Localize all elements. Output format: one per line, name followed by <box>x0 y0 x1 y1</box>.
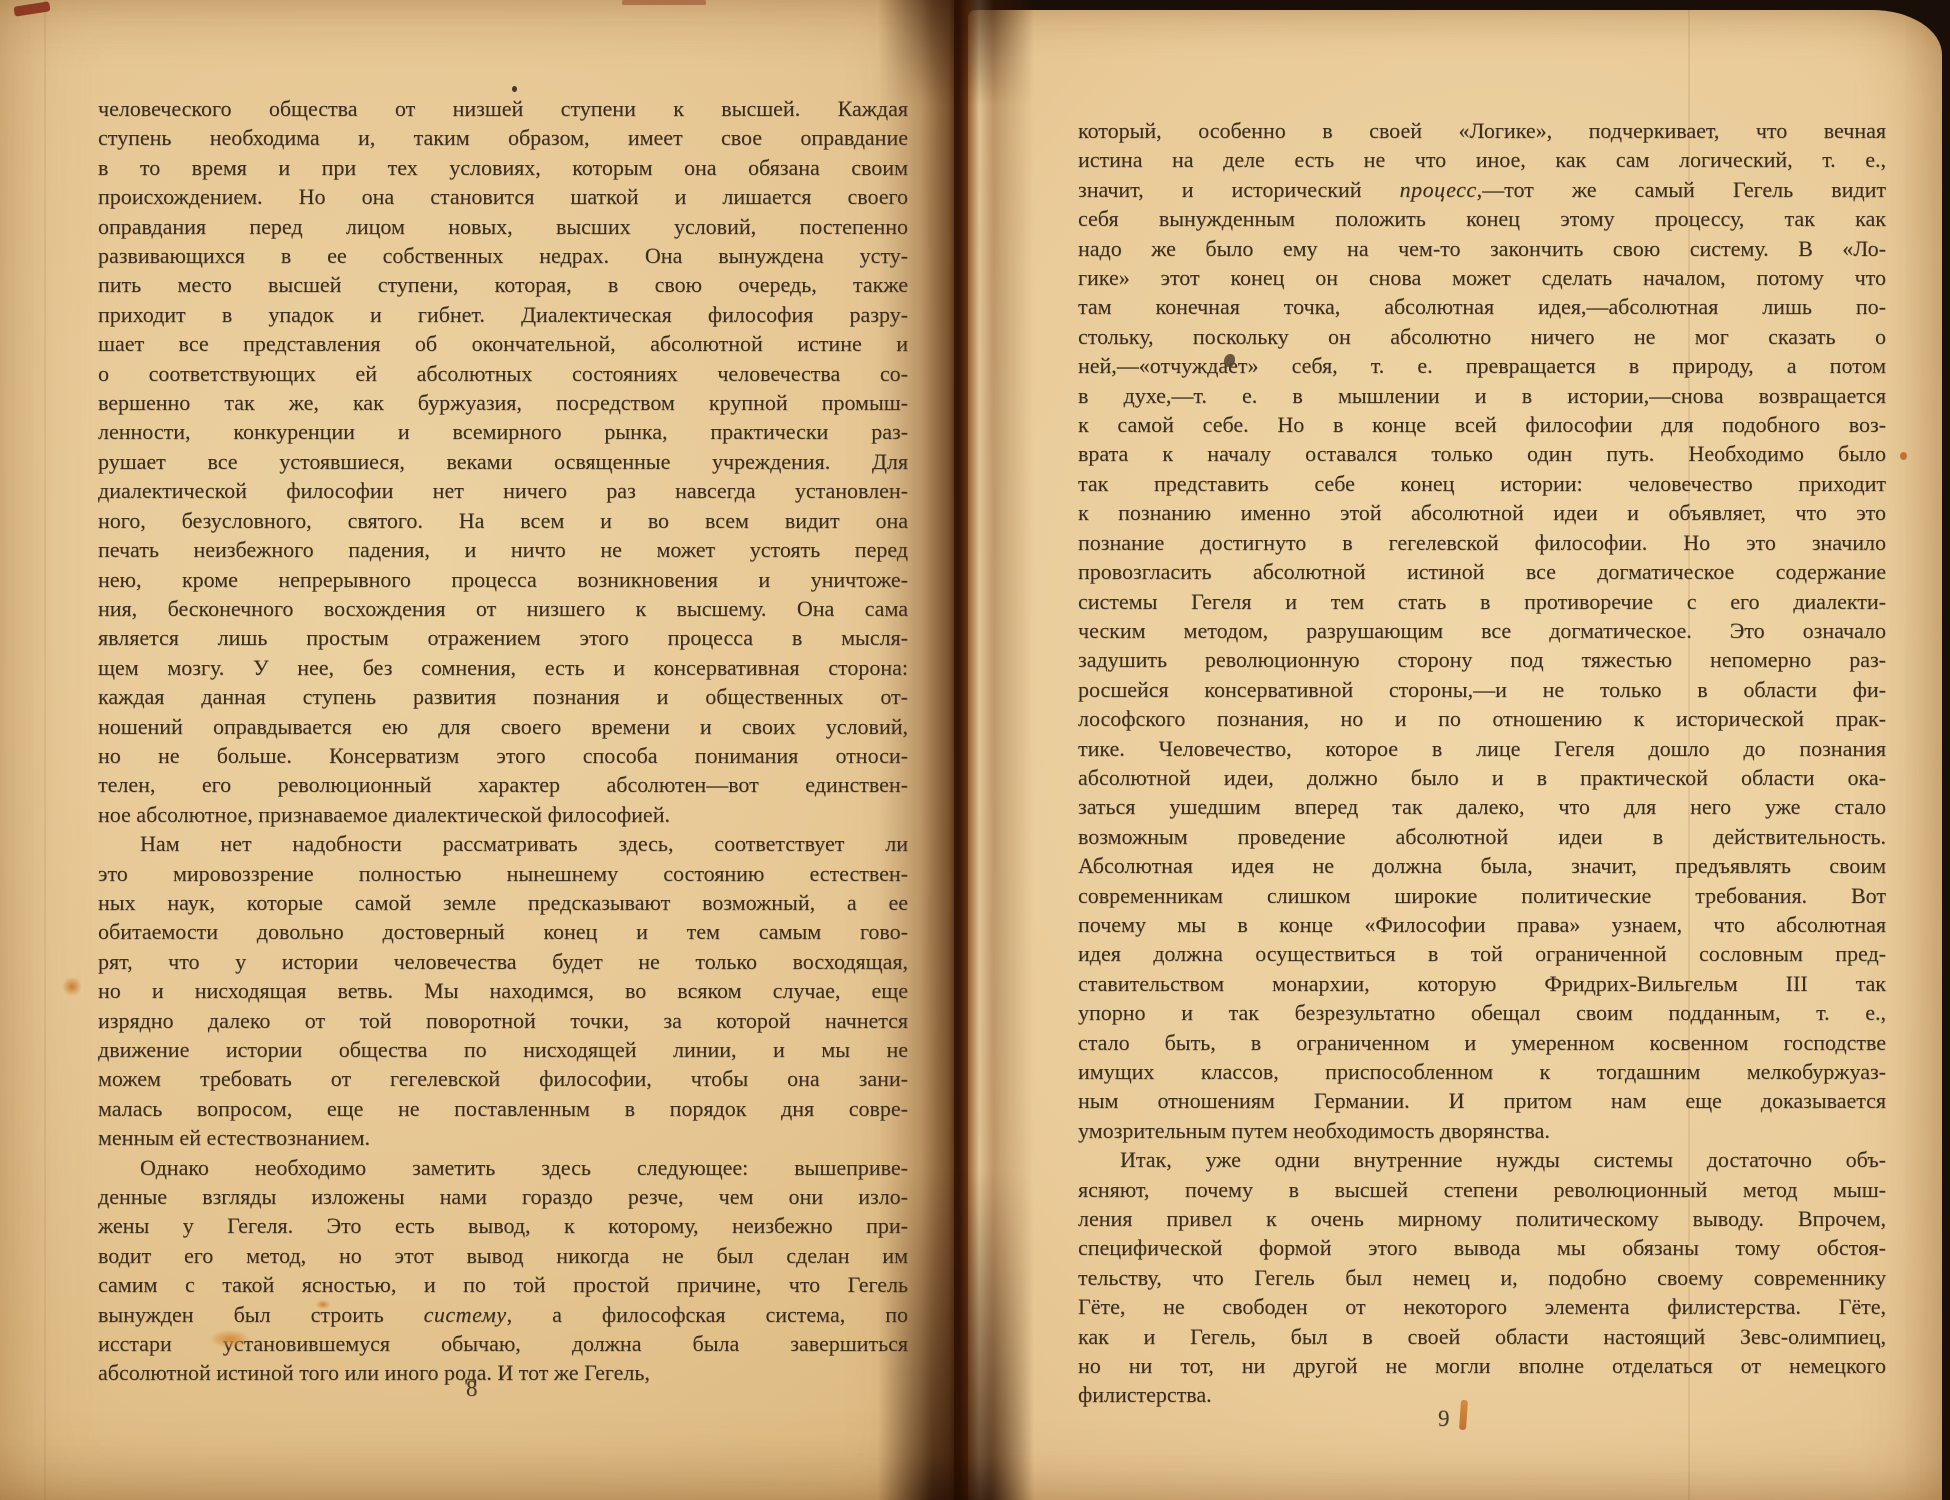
text-line: происхождением. Но она становится шаткой… <box>98 182 908 211</box>
text-line: умозрительным путем необходимость дворян… <box>1078 1116 1886 1145</box>
paragraph: Нам нет надобности рассматривать здесь, … <box>98 829 908 1152</box>
text-line: современникам слишком широкие политическ… <box>1078 881 1886 910</box>
text-line: это мировоззрение полностью нынешнему со… <box>98 859 908 888</box>
text-line: возможным проведение абсолютной идеи в д… <box>1078 822 1886 851</box>
left-page: человеческого общества от низшей ступени… <box>0 0 954 1500</box>
paragraph: человеческого общества от низшей ступени… <box>98 94 908 829</box>
text-line: филистерства. <box>1078 1380 1886 1409</box>
text-line: к самой себе. Но в конце всей философии … <box>1078 410 1886 439</box>
text-line: упорно и так безрезультатно обещал своим… <box>1078 998 1886 1027</box>
text-line: системы Гегеля и тем стать в противоречи… <box>1078 587 1886 616</box>
text-line: врата к началу оставался только один пут… <box>1078 439 1886 468</box>
text-line: стольку, поскольку он абсолютно ничего н… <box>1078 322 1886 351</box>
text-line: как и Гегель, был в своей области настоя… <box>1078 1322 1886 1351</box>
text-line: денные взгляды изложены нами гораздо рез… <box>98 1182 908 1211</box>
text-line: имущих классов, приспособленном к тогдаш… <box>1078 1057 1886 1086</box>
text-line: тельству, что Гегель был немец и, подобн… <box>1078 1263 1886 1292</box>
text-line: пить место высшей ступени, которая, в св… <box>98 270 908 299</box>
text-line: абсолютной идеи, должно было и в практич… <box>1078 763 1886 792</box>
text-line: Однако необходимо заметить здесь следующ… <box>98 1153 908 1182</box>
text-line: о соответствующих ей абсолютных состояни… <box>98 359 908 388</box>
text-line: Нам нет надобности рассматривать здесь, … <box>98 829 908 858</box>
text-line: малась вопросом, еще не поставленным в п… <box>98 1094 908 1123</box>
text-line: ней,—«отчуждает» себя, т. е. превращаетс… <box>1078 351 1886 380</box>
text-line: оправдания перед лицом новых, высших усл… <box>98 212 908 241</box>
text-line: самим с такой ясностью, и по той простой… <box>98 1270 908 1299</box>
paragraph: Однако необходимо заметить здесь следующ… <box>98 1153 908 1388</box>
text-line: тике. Человечество, которое в лице Гегел… <box>1078 734 1886 763</box>
text-line: значит, и исторический процесс,—тот же с… <box>1078 175 1886 204</box>
text-line: познание достигнуто в гегелевской филосо… <box>1078 528 1886 557</box>
text-line: Итак, уже одни внутренние нужды системы … <box>1078 1145 1886 1174</box>
text-line: ставительством монархии, которую Фридрих… <box>1078 969 1886 998</box>
text-line: вынужден был строить систему, а философс… <box>98 1300 908 1329</box>
text-line: ступень необходима и, таким образом, име… <box>98 123 908 152</box>
text-line: ным отношениям Германии. И притом нам ещ… <box>1078 1086 1886 1115</box>
text-line: Гёте, не свободен от некоторого элемента… <box>1078 1292 1886 1321</box>
paragraph: Итак, уже одни внутренние нужды системы … <box>1078 1145 1886 1410</box>
text-line: почему мы в конце «Философии права» узна… <box>1078 910 1886 939</box>
left-page-text: человеческого общества от низшей ступени… <box>98 94 908 1388</box>
text-line: жены у Гегеля. Это есть вывод, к котором… <box>98 1211 908 1240</box>
text-line: ных наук, которые самой земле предсказыв… <box>98 888 908 917</box>
text-line: ленности, конкуренции и всемирного рынка… <box>98 417 908 446</box>
text-line: идея должна осуществиться в той ограниче… <box>1078 939 1886 968</box>
text-line: является лишь простым отражением этого п… <box>98 623 908 652</box>
text-line: ношений оправдывается ею для своего врем… <box>98 712 908 741</box>
text-line: к познанию именно этой абсолютной идеи и… <box>1078 498 1886 527</box>
text-line: рят, что у истории человечества будет не… <box>98 947 908 976</box>
text-line: провозгласить абсолютной истиной все дог… <box>1078 557 1886 586</box>
text-line: диалектической философии нет ничего раз … <box>98 476 908 505</box>
text-line: в то время и при тех условиях, которым о… <box>98 153 908 182</box>
text-line: гике» этот конец он снова может сделать … <box>1078 263 1886 292</box>
text-line: водит его метод, но этот вывод никогда н… <box>98 1241 908 1270</box>
text-line: заться ушедшим вперед так далеко, что дл… <box>1078 792 1886 821</box>
text-line: ления привел к очень мирному политическо… <box>1078 1204 1886 1233</box>
text-line: менным ей естествознанием. <box>98 1123 908 1152</box>
text-line: исстари установившемуся обычаю, должна б… <box>98 1329 908 1358</box>
text-line: щем мозгу. У нее, без сомнения, есть и к… <box>98 653 908 682</box>
text-line: вершенно так же, как буржуазия, посредст… <box>98 388 908 417</box>
text-line: себя вынужденным положить конец этому пр… <box>1078 204 1886 233</box>
text-line: печать неизбежного падения, и ничто не м… <box>98 535 908 564</box>
text-line: человеческого общества от низшей ступени… <box>98 94 908 123</box>
text-line: ясняют, почему в высшей степени революци… <box>1078 1175 1886 1204</box>
text-line: каждая данная ступень развития познания … <box>98 682 908 711</box>
text-line: можем требовать от гегелевской философии… <box>98 1064 908 1093</box>
text-line: но не больше. Консерватизм этого способа… <box>98 741 908 770</box>
text-line: специфической формой этого вывода мы обя… <box>1078 1233 1886 1262</box>
left-page-number: 8 <box>466 1376 478 1402</box>
right-page: который, особенно в своей «Логике», подч… <box>968 10 1942 1500</box>
text-line: шает все представления об окончательной,… <box>98 329 908 358</box>
paragraph: который, особенно в своей «Логике», подч… <box>1078 116 1886 1145</box>
red-corner-mark <box>13 1 50 17</box>
text-line: в духе,—т. е. в мышлении и в истории,—сн… <box>1078 381 1886 410</box>
text-line: ческим методом, разрушающим все догматич… <box>1078 616 1886 645</box>
text-line: телен, его революционный характер абсолю… <box>98 770 908 799</box>
right-page-text: который, особенно в своей «Логике», подч… <box>1078 116 1886 1410</box>
text-line: развивающихся в ее собственных недрах. О… <box>98 241 908 270</box>
text-line: изрядно далеко от той поворотной точки, … <box>98 1006 908 1035</box>
text-line: лософского познания, но и по отношению к… <box>1078 704 1886 733</box>
text-line: нею, кроме непрерывного процесса возникн… <box>98 565 908 594</box>
text-line: истина на деле есть не что иное, как сам… <box>1078 145 1886 174</box>
text-line: абсолютной истиной того или иного рода. … <box>98 1358 908 1387</box>
right-page-number: 9 <box>1438 1406 1450 1432</box>
text-line: ния, бесконечного восхождения от низшего… <box>98 594 908 623</box>
text-line: который, особенно в своей «Логике», подч… <box>1078 116 1886 145</box>
text-line: ного, безусловного, святого. На всем и в… <box>98 506 908 535</box>
text-line: рушает все устоявшиеся, веками освященны… <box>98 447 908 476</box>
ink-dot <box>512 86 517 92</box>
text-line: росшейся консервативной стороны,—и не то… <box>1078 675 1886 704</box>
paper-stain <box>62 978 82 995</box>
book-spread: человеческого общества от низшей ступени… <box>0 0 1950 1500</box>
text-line: движение истории общества по нисходящей … <box>98 1035 908 1064</box>
text-line: обитаемости довольно достоверный конец и… <box>98 917 908 946</box>
text-line: ное абсолютное, признаваемое диалектичес… <box>98 800 908 829</box>
red-edge-streak <box>622 0 706 5</box>
text-line: приходит в упадок и гибнет. Диалектическ… <box>98 300 908 329</box>
text-line: там конечная точка, абсолютная идея,—абс… <box>1078 292 1886 321</box>
text-line: Абсолютная идея не должна была, значит, … <box>1078 851 1886 880</box>
text-line: надо же было ему на чем-то закончить сво… <box>1078 234 1886 263</box>
paper-crease <box>44 0 46 1500</box>
text-line: стало быть, в ограниченном и умеренном к… <box>1078 1028 1886 1057</box>
text-line: но и нисходящая ветвь. Мы находимся, во … <box>98 976 908 1005</box>
text-line: так представить себе конец истории: чело… <box>1078 469 1886 498</box>
text-line: задушить революционную сторону под тяжес… <box>1078 645 1886 674</box>
text-line: но ни тот, ни другой не могли вполне отд… <box>1078 1351 1886 1380</box>
